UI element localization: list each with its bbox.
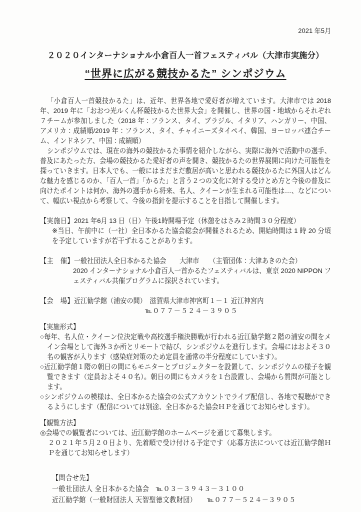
venue-line: 【会 場】近江勧学館（浦安の間） 滋賀県大津市神宮町１－１ 近江神宮内 [40,297,331,307]
format-bullet-3: ○シンポジウムの模様は、全日本かるた協会の公式アカウントでライブ配信し、各地で視… [40,393,331,413]
contact-line-1: 一般社団法人 全日本かるた協会 ℡０３－３９４３－３１００ [52,484,331,495]
organizer-label: 【主 催】 [40,258,74,265]
viewing-heading: 【観覧方法】 [40,419,331,429]
schedule-label: 【実施日】 [40,218,74,225]
organizer-note: 2020 インターナショナル小倉百人一首かるたフェスティバルは、東京 2020 … [73,267,331,287]
format-section: 【実施形式】 ○毎年、名人位・クイーン位決定戦や高校選手権決勝戦が行われる近江勧… [40,323,331,413]
intro-paragraph-1: 「小倉百人一首競技かるた」は、近年、世界各地で愛好者が増えています。大津市では … [40,97,331,147]
viewing-section: 【観覧方法】 ◎会場での観覧者については、近江勧学館のホームページを通じて募集し… [40,419,331,459]
schedule-text: 2021 年6月 13 日（日）午後1時開場予定（休憩をはさみ２時間３０分程度） [74,218,300,225]
symposium-title: “世界に広がる競技かるた” シンポジウム [40,66,331,81]
schedule-section: 【実施日】2021 年6月 13 日（日）午後1時開場予定（休憩をはさみ２時間３… [40,217,331,247]
venue-text: 近江勧学館（浦安の間） 滋賀県大津市神宮町１－１ 近江神宮内 [74,298,264,305]
document-date: 2021 年5月 [40,26,331,35]
schedule-line: 【実施日】2021 年6月 13 日（日）午後1時開場予定（休憩をはさみ２時間３… [40,217,331,227]
contact-section: 【問合せ先】 一般社団法人 全日本かるた協会 ℡０３－３９４３－３１００ 近江勧… [52,473,331,506]
organizer-section: 【主 催】一般社団法人全日本かるた協会 大津市 （主管団体：大津あきのた会） 2… [40,257,331,287]
contact-line-2: 近江勧学館（一般財団法人 天智聖徳文教財団） ℡０７７－５２４－３９０５ [52,495,331,506]
organizer-line: 【主 催】一般社団法人全日本かるた協会 大津市 （主管団体：大津あきのた会） [40,257,331,267]
format-bullet-1: ○毎年、名人位・クイーン位決定戦や高校選手権決勝戦が行われる近江勧学館２階の浦安… [40,333,331,363]
format-heading: 【実施形式】 [40,323,331,333]
intro-paragraph-2: シンポジウムでは、現在の海外の競技かるた事情を紹介しながら、実際に海外で活動中の… [40,147,331,207]
venue-label: 【会 場】 [40,298,74,305]
event-title: ２０２０インターナショナル小倉百人一首フェスティバル（大津市実施分） [40,50,331,61]
schedule-note: ※当日、午前中に（一社）全日本かるた協会総会が開催されるため、開始時間は 1 時… [52,227,331,247]
organizer-text: 一般社団法人全日本かるた協会 大津市 （主管団体：大津あきのた会） [74,258,301,265]
viewing-bullet: ◎会場での観覧者については、近江勧学館のホームページを通じて募集します。 [40,429,331,439]
document-page: 2021 年5月 ２０２０インターナショナル小倉百人一首フェスティバル（大津市実… [0,0,361,512]
viewing-detail: ２０２１年５月２０日より、先着順で受け付ける予定です（応募方法については近江勧学… [48,439,331,459]
venue-section: 【会 場】近江勧学館（浦安の間） 滋賀県大津市神宮町１－１ 近江神宮内 ℡０７７… [40,297,331,317]
venue-phone: ℡０７７－５２４－３９０５ [145,307,331,317]
format-bullet-2: ○近江勧学館１階の朝日の間にもモニターとプロジェクターを設置して、シンポジウムの… [40,363,331,393]
contact-heading: 【問合せ先】 [52,473,331,484]
